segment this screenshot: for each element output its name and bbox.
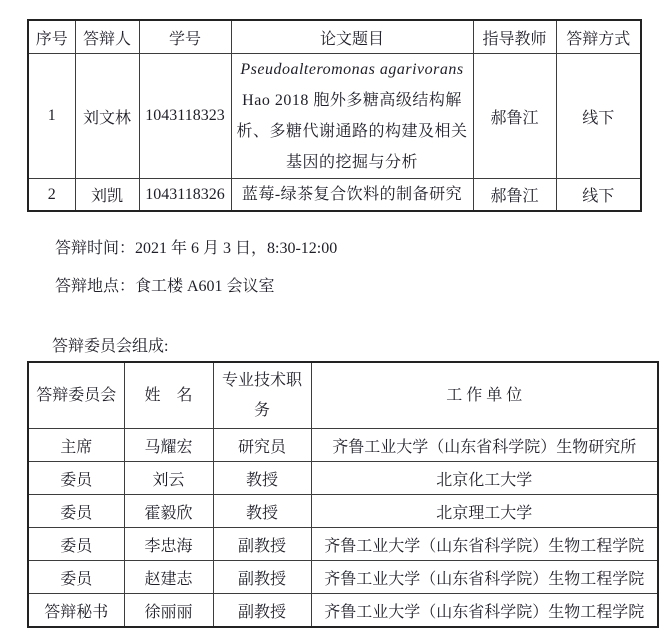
committee-heading-text: 答辩委员会组成: (52, 337, 168, 357)
affiliation-cell: 北京理工大学 (311, 495, 658, 528)
thesis-title-chinese: Hao 2018 胞外多糖高级结构解 析、多糖代谢通路的构建及相关 基因的挖掘与… (236, 92, 467, 171)
header-advisor: 指导教师 (473, 20, 556, 54)
affiliation-cell: 齐鲁工业大学（山东省科学院）生物工程学院 (311, 561, 658, 594)
defense-mode-cell: 线下 (556, 54, 641, 179)
member-title-cell: 副教授 (213, 594, 311, 628)
header-defense-mode: 答辩方式 (556, 20, 641, 54)
defense-mode-cell: 线下 (556, 179, 641, 212)
defense-table-header-row: 序号 答辩人 学号 论文题目 指导教师 答辩方式 (28, 20, 641, 54)
defense-location-text: 答辩地点：食工楼 A601 会议室 (55, 277, 275, 297)
header-thesis-title: 论文题目 (231, 20, 473, 54)
student-id-cell: 1043118326 (139, 179, 231, 212)
affiliation-cell: 齐鲁工业大学（山东省科学院）生物工程学院 (311, 528, 658, 561)
role-cell: 主席 (28, 429, 124, 462)
defender-name-cell: 刘文林 (75, 54, 139, 179)
header-member-name: 姓 名 (124, 362, 213, 429)
affiliation-cell: 齐鲁工业大学（山东省科学院）生物研究所 (311, 429, 658, 462)
table-row: 委员 霍毅欣 教授 北京理工大学 (28, 495, 658, 528)
header-student-id: 学号 (139, 20, 231, 54)
table-row: 答辩秘书 徐丽丽 副教授 齐鲁工业大学（山东省科学院）生物工程学院 (28, 594, 658, 628)
member-name-cell: 赵建志 (124, 561, 213, 594)
member-title-cell: 研究员 (213, 429, 311, 462)
member-name-cell: 徐丽丽 (124, 594, 213, 628)
document-page: 序号 答辩人 学号 论文题目 指导教师 答辩方式 1 刘文林 104311832… (0, 0, 670, 636)
thesis-title-cell: 蓝莓-绿茶复合饮料的制备研究 (231, 179, 473, 212)
table-row: 委员 李忠海 副教授 齐鲁工业大学（山东省科学院）生物工程学院 (28, 528, 658, 561)
role-cell: 委员 (28, 528, 124, 561)
table-row: 主席 马耀宏 研究员 齐鲁工业大学（山东省科学院）生物研究所 (28, 429, 658, 462)
defense-schedule-table: 序号 答辩人 学号 论文题目 指导教师 答辩方式 1 刘文林 104311832… (27, 19, 642, 212)
student-id-cell: 1043118323 (139, 54, 231, 179)
thesis-title-cell: Pseudoalteromonas agarivorans Hao 2018 胞… (231, 54, 473, 179)
committee-header-row: 答辩委员会 姓 名 专业技术职务 工 作 单 位 (28, 362, 658, 429)
member-title-cell: 教授 (213, 495, 311, 528)
defender-name-cell: 刘凯 (75, 179, 139, 212)
member-name-cell: 霍毅欣 (124, 495, 213, 528)
header-defender: 答辩人 (75, 20, 139, 54)
member-name-cell: 李忠海 (124, 528, 213, 561)
committee-table: 答辩委员会 姓 名 专业技术职务 工 作 单 位 主席 马耀宏 研究员 齐鲁工业… (27, 361, 659, 628)
table-row: 委员 赵建志 副教授 齐鲁工业大学（山东省科学院）生物工程学院 (28, 561, 658, 594)
role-cell: 委员 (28, 495, 124, 528)
table-row: 委员 刘云 教授 北京化工大学 (28, 462, 658, 495)
role-cell: 答辩秘书 (28, 594, 124, 628)
affiliation-cell: 齐鲁工业大学（山东省科学院）生物工程学院 (311, 594, 658, 628)
header-committee-role: 答辩委员会 (28, 362, 124, 429)
member-name-cell: 刘云 (124, 462, 213, 495)
header-seq: 序号 (28, 20, 75, 54)
thesis-title-chinese: 蓝莓-绿茶复合饮料的制备研究 (242, 186, 462, 203)
header-professional-title: 专业技术职务 (213, 362, 311, 429)
role-cell: 委员 (28, 561, 124, 594)
defense-time-text: 答辩时间：2021 年 6 月 3 日，8:30-12:00 (55, 239, 337, 259)
seq-cell: 2 (28, 179, 75, 212)
affiliation-cell: 北京化工大学 (311, 462, 658, 495)
header-affiliation: 工 作 单 位 (311, 362, 658, 429)
thesis-title-latin: Pseudoalteromonas agarivorans (240, 61, 463, 78)
member-name-cell: 马耀宏 (124, 429, 213, 462)
table-row: 1 刘文林 1043118323 Pseudoalteromonas agari… (28, 54, 641, 179)
advisor-cell: 郝鲁江 (473, 179, 556, 212)
table-row: 2 刘凯 1043118326 蓝莓-绿茶复合饮料的制备研究 郝鲁江 线下 (28, 179, 641, 212)
member-title-cell: 副教授 (213, 561, 311, 594)
member-title-cell: 教授 (213, 462, 311, 495)
member-title-cell: 副教授 (213, 528, 311, 561)
advisor-cell: 郝鲁江 (473, 54, 556, 179)
seq-cell: 1 (28, 54, 75, 179)
role-cell: 委员 (28, 462, 124, 495)
